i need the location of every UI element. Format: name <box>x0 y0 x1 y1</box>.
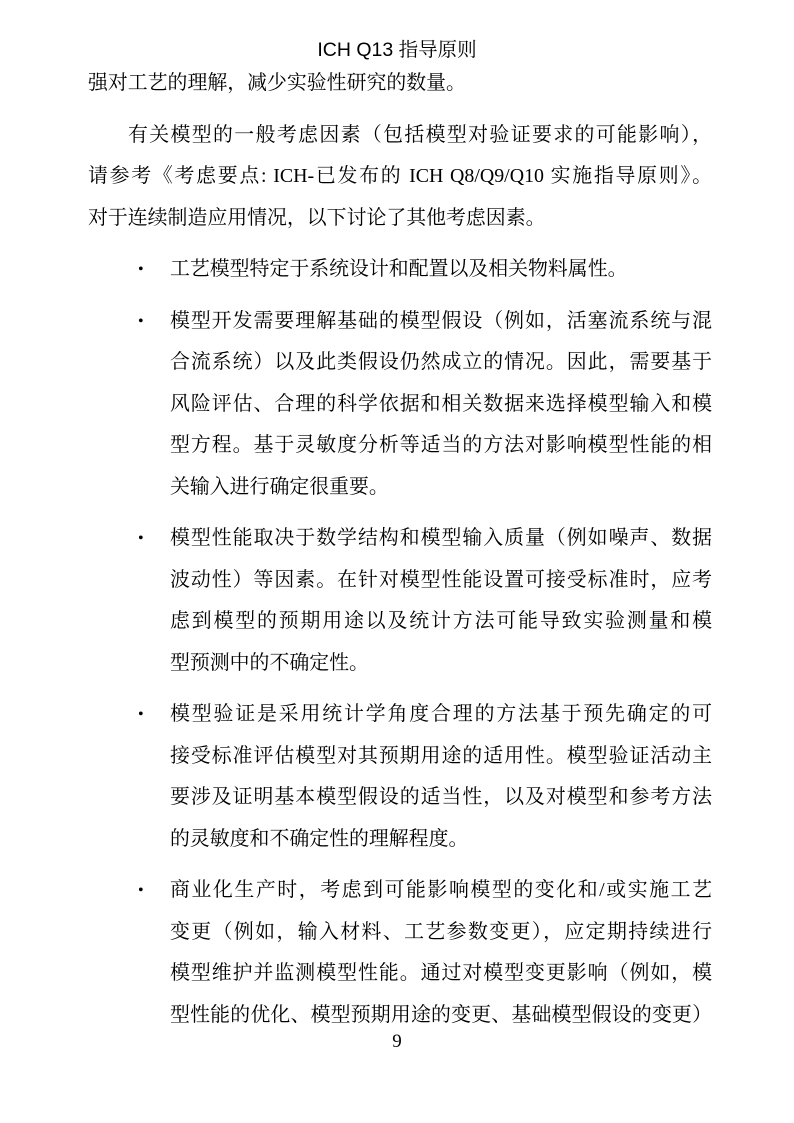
text-line: 模型性能取决于数学结构和模型输入质量（例如噪声、数据 <box>170 518 712 560</box>
text-line: 风险评估、合理的科学依据和相关数据来选择模型输入和模 <box>170 384 712 426</box>
bullet-item: •模型验证是采用统计学角度合理的方法基于预先确定的可接受标准评估模型对其预期用途… <box>88 694 712 860</box>
bullet-item: •工艺模型特定于系统设计和配置以及相关物料属性。 <box>88 249 712 291</box>
paragraph: 强对工艺的理解，减少实验性研究的数量。 <box>88 63 712 105</box>
bullet-item: •商业化生产时，考虑到可能影响模型的变化和/或实施工艺变更（例如，输入材料、工艺… <box>88 870 712 1036</box>
text-line: 波动性）等因素。在针对模型性能设置可接受标准时，应考 <box>170 560 712 602</box>
text-line: 型预测中的不确定性。 <box>170 643 712 685</box>
text-line: 模型开发需要理解基础的模型假设（例如，活塞流系统与混 <box>170 301 712 343</box>
text-line: 要涉及证明基本模型假设的适当性，以及对模型和参考方法 <box>170 777 712 819</box>
page-number: 9 <box>0 1031 794 1053</box>
page-header-title: ICH Q13 指导原则 <box>0 34 794 62</box>
text-line: 型方程。基于灵敏度分析等适当的方法对影响模型性能的相 <box>170 425 712 467</box>
text-line: 虑到模型的预期用途以及统计方法可能导致实验测量和模 <box>170 601 712 643</box>
text-line: 模型验证是采用统计学角度合理的方法基于预先确定的可 <box>170 694 712 736</box>
text-line: 工艺模型特定于系统设计和配置以及相关物料属性。 <box>170 249 712 291</box>
text-line: 接受标准评估模型对其预期用途的适用性。模型验证活动主 <box>170 736 712 778</box>
paragraph: 有关模型的一般考虑因素（包括模型对验证要求的可能影响），请参考《考虑要点: IC… <box>88 115 712 240</box>
bullet-icon: • <box>138 870 144 912</box>
text-line: 商业化生产时，考虑到可能影响模型的变化和/或实施工艺 <box>170 870 712 912</box>
text-line: 型性能的优化、模型预期用途的变更、基础模型假设的变更） <box>170 995 712 1037</box>
bullet-icon: • <box>138 301 144 343</box>
bullet-item: •模型开发需要理解基础的模型假设（例如，活塞流系统与混合流系统）以及此类假设仍然… <box>88 301 712 509</box>
text-line: 模型维护并监测模型性能。通过对模型变更影响（例如，模 <box>170 953 712 995</box>
text-line: 变更（例如，输入材料、工艺参数变更），应定期持续进行 <box>170 912 712 954</box>
bullet-icon: • <box>138 694 144 736</box>
text-line: 有关模型的一般考虑因素（包括模型对验证要求的可能影响）， <box>88 115 712 157</box>
document-body: 强对工艺的理解，减少实验性研究的数量。有关模型的一般考虑因素（包括模型对验证要求… <box>88 63 712 1036</box>
text-line: 合流系统）以及此类假设仍然成立的情况。因此，需要基于 <box>170 342 712 384</box>
text-line: 请参考《考虑要点: ICH-已发布的 ICH Q8/Q9/Q10 实施指导原则》… <box>88 156 712 198</box>
bullet-icon: • <box>138 249 144 291</box>
text-line: 强对工艺的理解，减少实验性研究的数量。 <box>88 63 712 105</box>
bullet-icon: • <box>138 518 144 560</box>
text-line: 关输入进行确定很重要。 <box>170 467 712 509</box>
text-line: 的灵敏度和不确定性的理解程度。 <box>170 819 712 861</box>
text-line: 对于连续制造应用情况，以下讨论了其他考虑因素。 <box>88 198 712 240</box>
document-page: ICH Q13 指导原则 强对工艺的理解，减少实验性研究的数量。有关模型的一般考… <box>0 0 794 1123</box>
bullet-item: •模型性能取决于数学结构和模型输入质量（例如噪声、数据波动性）等因素。在针对模型… <box>88 518 712 684</box>
